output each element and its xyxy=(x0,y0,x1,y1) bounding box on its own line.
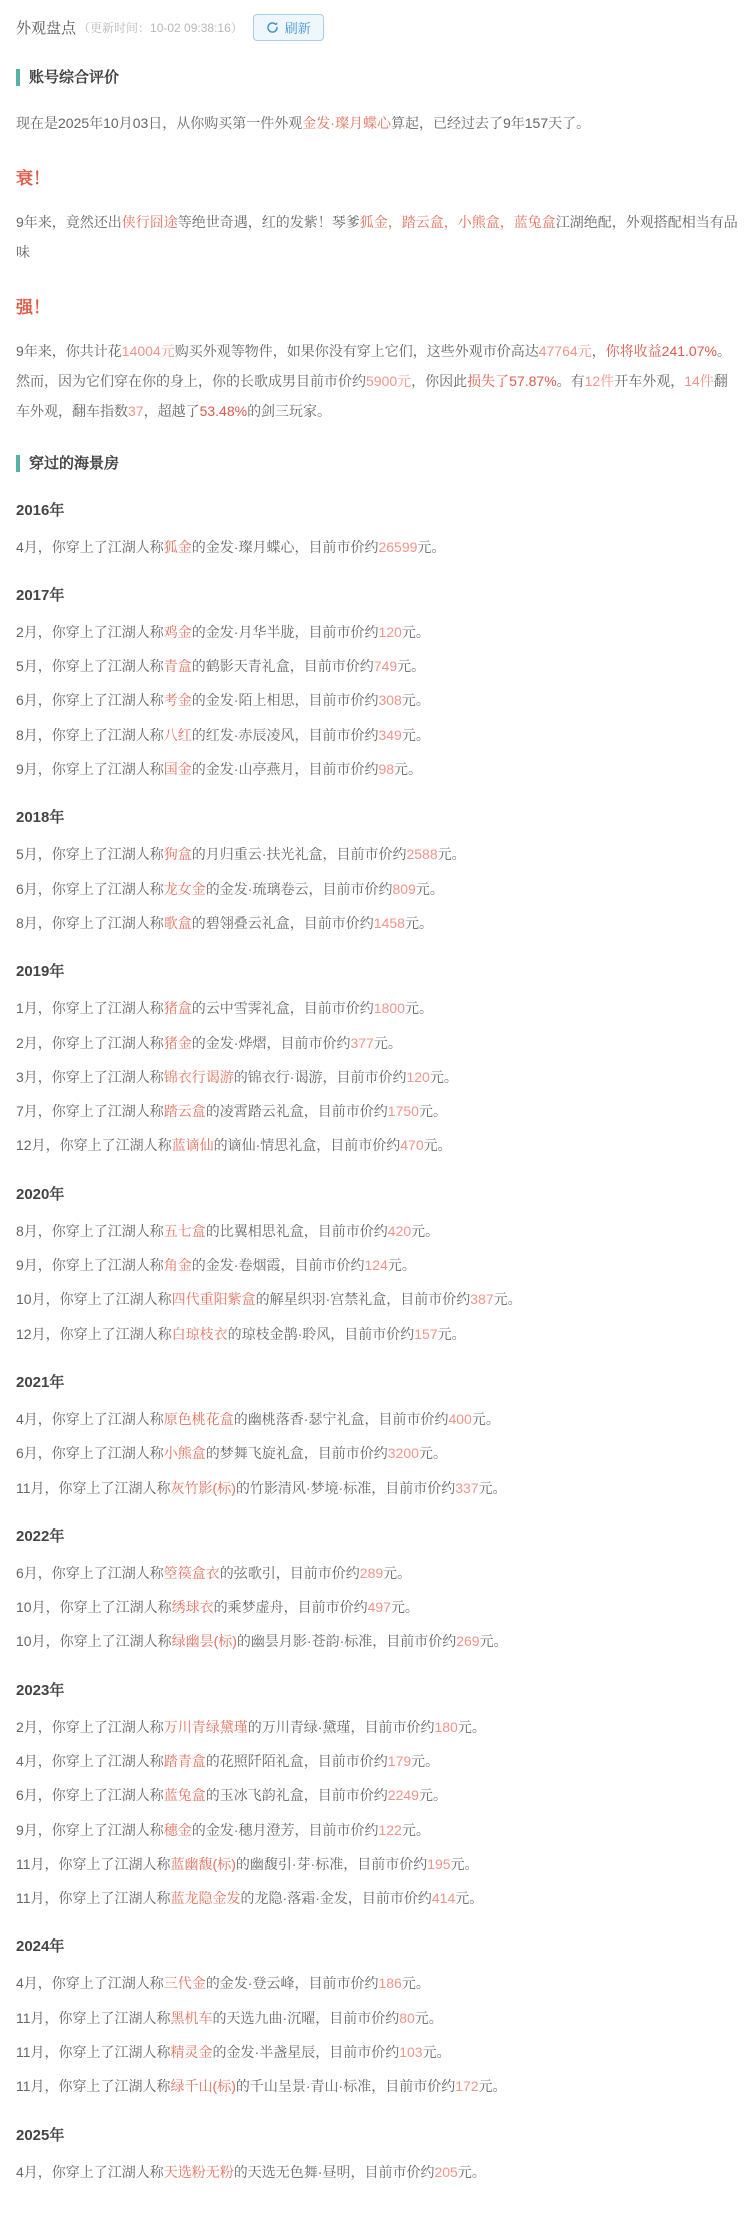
entry-item-name: 幽桃落香·瑟宁礼盒 xyxy=(248,1411,365,1427)
entry-text: ，目前市价约 xyxy=(316,1137,400,1153)
refresh-button[interactable]: 刷新 xyxy=(253,14,324,41)
entry-text: ，目前市价约 xyxy=(284,1599,368,1615)
entry-month: 6月 xyxy=(16,692,38,708)
entry-text: ，你穿上了江湖人称 xyxy=(45,2044,171,2060)
entry-text: 的 xyxy=(192,727,206,743)
entry-price: 2588 xyxy=(406,846,437,862)
entry-item-name: 金发·卷烟霞 xyxy=(206,1257,281,1273)
history-entry: 11月，你穿上了江湖人称蓝幽馥(标)的幽馥引·芽·标准，目前市价约195元。 xyxy=(16,1854,738,1874)
entry-text: 元。 xyxy=(383,1565,411,1581)
entry-price: 414 xyxy=(432,1890,455,1906)
entry-text: ，目前市价约 xyxy=(276,1565,360,1581)
entry-text: ，目前市价约 xyxy=(290,658,374,674)
history-entry: 6月，你穿上了江湖人称蓝兔盒的玉冰飞韵礼盒，目前市价约2249元。 xyxy=(16,1785,738,1805)
entry-month: 9月 xyxy=(16,1822,38,1838)
section-title-history: 穿过的海景房 xyxy=(16,455,738,472)
entry-text: ，你穿上了江湖人称 xyxy=(38,1565,164,1581)
highlight-num: 47764元 xyxy=(539,343,592,359)
entry-text: 的 xyxy=(256,1291,270,1307)
entry-nickname: 锦衣行谒游 xyxy=(164,1069,234,1085)
entry-month: 11月 xyxy=(16,2078,45,2094)
year-heading: 2020年 xyxy=(16,1183,738,1204)
entry-text: 元。 xyxy=(458,2164,486,2180)
history-entry: 12月，你穿上了江湖人称蓝谪仙的谪仙·情思礼盒，目前市价约470元。 xyxy=(16,1135,738,1155)
entry-nickname: 三代金 xyxy=(164,1975,206,1991)
entry-price: 749 xyxy=(374,658,397,674)
entry-text: 元。 xyxy=(451,1856,479,1872)
entry-text: ，目前市价约 xyxy=(322,1069,406,1085)
entry-item-name: 金发·月华半胧 xyxy=(206,624,295,640)
entry-item-name: 碧翎叠云礼盒 xyxy=(206,915,290,931)
history-entry: 2月，你穿上了江湖人称万川青绿黛瑾的万川青绿·黛瑾，目前市价约180元。 xyxy=(16,1717,738,1737)
entry-text: ，你穿上了江湖人称 xyxy=(38,1069,164,1085)
entry-nickname: 四代重阳紫盒 xyxy=(172,1291,256,1307)
entry-text: 元。 xyxy=(438,846,466,862)
entry-nickname: 考金 xyxy=(164,692,192,708)
history-entry: 10月，你穿上了江湖人称绿幽昙(标)的幽昙月影·苍韵·标准，目前市价约269元。 xyxy=(16,1631,738,1651)
entry-text: 的 xyxy=(206,1445,220,1461)
entry-text: 元。 xyxy=(388,1257,416,1273)
entry-text: ，目前市价约 xyxy=(330,1326,414,1342)
history-entry: 4月，你穿上了江湖人称三代金的金发·登云峰，目前市价约186元。 xyxy=(16,1973,738,1993)
entry-text: 的 xyxy=(206,1787,220,1803)
entry-text: ，你穿上了江湖人称 xyxy=(38,1753,164,1769)
entry-price: 497 xyxy=(368,1599,391,1615)
entry-text: ，目前市价约 xyxy=(348,1890,432,1906)
entry-text: 元。 xyxy=(411,1223,439,1239)
entry-text: 的 xyxy=(192,761,206,777)
text-segment: 。有 xyxy=(557,373,585,389)
entry-text: 的 xyxy=(236,1856,250,1872)
year-heading: 2016年 xyxy=(16,499,738,520)
refresh-icon xyxy=(266,21,279,34)
entry-text: ，目前市价约 xyxy=(315,2010,399,2026)
entry-item-name: 万川青绿·黛瑾 xyxy=(262,1719,351,1735)
entry-nickname: 灰竹影(标) xyxy=(171,1480,236,1496)
entry-text: 的 xyxy=(206,881,220,897)
entry-month: 2月 xyxy=(16,624,38,640)
entry-text: ，你穿上了江湖人称 xyxy=(38,1975,164,1991)
entry-text: ，目前市价约 xyxy=(266,1035,350,1051)
entry-month: 11月 xyxy=(16,2010,45,2026)
year-heading: 2022年 xyxy=(16,1525,738,1546)
highlight-nick: 金发·璨月蝶心 xyxy=(302,115,391,131)
entry-month: 10月 xyxy=(16,1291,46,1307)
history-entry: 9月，你穿上了江湖人称穗金的金发·穗月澄芳，目前市价约122元。 xyxy=(16,1820,738,1840)
entry-price: 172 xyxy=(455,2078,478,2094)
year-heading: 2021年 xyxy=(16,1371,738,1392)
entry-month: 8月 xyxy=(16,727,38,743)
history-entry: 12月，你穿上了江湖人称白琼枝衣的琼枝金鹊·聆风，目前市价约157元。 xyxy=(16,1324,738,1344)
entry-month: 4月 xyxy=(16,1753,38,1769)
text-segment: 9年来，你共计花 xyxy=(16,343,122,359)
entry-item-name: 弦歌引 xyxy=(234,1565,276,1581)
entry-item-name: 花照阡陌礼盒 xyxy=(220,1753,304,1769)
history-entry: 9月，你穿上了江湖人称国金的金发·山亭燕月，目前市价约98元。 xyxy=(16,759,738,779)
entry-nickname: 绿千山(标) xyxy=(171,2078,236,2094)
entry-text: 的 xyxy=(237,1633,251,1649)
entry-nickname: 精灵金 xyxy=(171,2044,213,2060)
entry-price: 80 xyxy=(399,2010,415,2026)
entry-item-name: 龙隐·落霜·金发 xyxy=(255,1890,348,1906)
entry-text: 元。 xyxy=(397,658,425,674)
entry-text: 元。 xyxy=(424,1137,452,1153)
entry-text: ，你穿上了江湖人称 xyxy=(45,2078,171,2094)
entry-text: ，目前市价约 xyxy=(294,1975,378,1991)
entry-text: 的 xyxy=(192,539,206,555)
entry-month: 8月 xyxy=(16,1223,38,1239)
entry-text: 元。 xyxy=(494,1291,522,1307)
entry-month: 12月 xyxy=(16,1326,46,1342)
entry-text: ，你穿上了江湖人称 xyxy=(38,624,164,640)
entry-text: 的 xyxy=(206,1223,220,1239)
entry-month: 5月 xyxy=(16,846,38,862)
history-entry: 4月，你穿上了江湖人称踏青盒的花照阡陌礼盒，目前市价约179元。 xyxy=(16,1751,738,1771)
entry-text: ，你穿上了江湖人称 xyxy=(38,915,164,931)
entry-nickname: 万川青绿黛瑾 xyxy=(164,1719,248,1735)
entry-nickname: 白琼枝衣 xyxy=(172,1326,228,1342)
entry-price: 120 xyxy=(378,624,401,640)
entry-text: ，你穿上了江湖人称 xyxy=(38,539,164,555)
entry-item-name: 金发·璨月蝶心 xyxy=(206,539,295,555)
entry-nickname: 猪金 xyxy=(164,1035,192,1051)
entry-text: 元。 xyxy=(374,1035,402,1051)
entry-price: 1750 xyxy=(388,1103,419,1119)
entry-text: ，你穿上了江湖人称 xyxy=(45,1480,171,1496)
entry-month: 4月 xyxy=(16,1975,38,1991)
entry-item-name: 凌霄踏云礼盒 xyxy=(220,1103,304,1119)
history-entry: 6月，你穿上了江湖人称考金的金发·陌上相思，目前市价约308元。 xyxy=(16,690,738,710)
entry-text: 元。 xyxy=(417,539,445,555)
entry-price: 122 xyxy=(378,1822,401,1838)
entry-item-name: 云中雪霁礼盒 xyxy=(206,1000,290,1016)
refresh-button-label: 刷新 xyxy=(285,18,311,37)
entry-text: ，目前市价约 xyxy=(372,1633,456,1649)
entry-nickname: 猪盒 xyxy=(164,1000,192,1016)
entry-item-name: 金发·琉璃卷云 xyxy=(220,881,309,897)
year-heading: 2025年 xyxy=(16,2124,738,2145)
entry-text: ，目前市价约 xyxy=(371,1480,455,1496)
entry-nickname: 蓝谪仙 xyxy=(172,1137,214,1153)
entry-text: 的 xyxy=(206,1103,220,1119)
entry-text: ，目前市价约 xyxy=(290,1000,374,1016)
highlight-nick: 狐金，踏云盒，小熊盒，蓝兔盒 xyxy=(360,214,556,230)
entry-nickname: 原色桃花盒 xyxy=(164,1411,234,1427)
history-entry: 8月，你穿上了江湖人称五七盒的比翼相思礼盒，目前市价约420元。 xyxy=(16,1221,738,1241)
entry-nickname: 穗金 xyxy=(164,1822,192,1838)
entry-text: 的 xyxy=(214,1599,228,1615)
entry-item-name: 天选九曲·沉曜 xyxy=(227,2010,316,2026)
entry-price: 420 xyxy=(388,1223,411,1239)
entry-month: 9月 xyxy=(16,1257,38,1273)
entry-text: ，你穿上了江湖人称 xyxy=(38,692,164,708)
entry-price: 179 xyxy=(388,1753,411,1769)
highlight-num: 14件 xyxy=(684,373,714,389)
entry-text: 元。 xyxy=(479,1480,507,1496)
summary-good-paragraph: 9年来，你共计花14004元购买外观等物件，如果你没有穿上它们，这些外观市价高达… xyxy=(16,336,738,426)
history-entry: 6月，你穿上了江湖人称小熊盒的梦舞飞旋礼盒，目前市价约3200元。 xyxy=(16,1443,738,1463)
entry-item-name: 幽馥引·芽·标准 xyxy=(250,1856,343,1872)
text-segment: 算起，已经过去了9年157天了。 xyxy=(391,115,590,131)
entry-month: 2月 xyxy=(16,1719,38,1735)
highlight-strong: 损失了57.87% xyxy=(467,373,556,389)
text-segment: 等绝世奇遇，红的发紫！琴爹 xyxy=(178,214,360,230)
entry-text: ，你穿上了江湖人称 xyxy=(38,1035,164,1051)
entry-text: ，你穿上了江湖人称 xyxy=(38,846,164,862)
entry-text: 的 xyxy=(192,1822,206,1838)
entry-nickname: 绣球衣 xyxy=(172,1599,214,1615)
entry-text: ，你穿上了江湖人称 xyxy=(38,1103,164,1119)
entry-nickname: 歌盒 xyxy=(164,915,192,931)
entry-text: ，目前市价约 xyxy=(350,1719,434,1735)
entry-text: 元。 xyxy=(423,2044,451,2060)
history-entry: 11月，你穿上了江湖人称蓝龙隐金发的龙隐·落霜·金发，目前市价约414元。 xyxy=(16,1888,738,1908)
entry-text: 元。 xyxy=(455,1890,483,1906)
entry-text: 的 xyxy=(236,1480,250,1496)
history-entry: 3月，你穿上了江湖人称锦衣行谒游的锦衣行·谒游，目前市价约120元。 xyxy=(16,1067,738,1087)
page-title: 外观盘点 xyxy=(16,17,76,38)
entry-text: ，你穿上了江湖人称 xyxy=(38,1445,164,1461)
entry-text: 的 xyxy=(192,1035,206,1051)
entry-item-name: 比翼相思礼盒 xyxy=(220,1223,304,1239)
entry-month: 10月 xyxy=(16,1599,46,1615)
entry-text: 的 xyxy=(228,1326,242,1342)
entry-price: 120 xyxy=(406,1069,429,1085)
entry-text: 元。 xyxy=(416,881,444,897)
entry-text: 元。 xyxy=(402,692,430,708)
highlight-strong: 53.48% xyxy=(200,403,247,419)
entry-text: 的 xyxy=(192,658,206,674)
entry-price: 2249 xyxy=(388,1787,419,1803)
entry-text: ，目前市价约 xyxy=(315,2044,399,2060)
year-heading: 2018年 xyxy=(16,806,738,827)
entry-nickname: 五七盒 xyxy=(164,1223,206,1239)
entry-price: 387 xyxy=(470,1291,493,1307)
entry-text: 元。 xyxy=(458,1719,486,1735)
entry-price: 269 xyxy=(456,1633,479,1649)
history-entry: 4月，你穿上了江湖人称天选粉无粉的天选无色舞·昼明，目前市价约205元。 xyxy=(16,2162,738,2182)
entry-item-name: 金发·陌上相思 xyxy=(206,692,295,708)
entry-nickname: 蓝兔盒 xyxy=(164,1787,206,1803)
entry-nickname: 蓝幽馥(标) xyxy=(171,1856,236,1872)
entry-text: 的 xyxy=(241,1890,255,1906)
entry-text: 的 xyxy=(234,2164,248,2180)
topbar: 外观盘点 （更新时间：10-02 09:38:16） 刷新 xyxy=(16,14,738,41)
year-heading: 2023年 xyxy=(16,1679,738,1700)
entry-price: 103 xyxy=(399,2044,422,2060)
entry-text: ，目前市价约 xyxy=(304,1223,388,1239)
entry-month: 11月 xyxy=(16,1856,45,1872)
entry-item-name: 解星织羽·宫禁礼盒 xyxy=(270,1291,387,1307)
history-entry: 7月，你穿上了江湖人称踏云盒的凌霄踏云礼盒，目前市价约1750元。 xyxy=(16,1101,738,1121)
entry-text: ，你穿上了江湖人称 xyxy=(38,1223,164,1239)
entry-price: 205 xyxy=(434,2164,457,2180)
entry-price: 1458 xyxy=(374,915,405,931)
entry-text: ，目前市价约 xyxy=(294,727,378,743)
entry-price: 400 xyxy=(448,1411,471,1427)
entry-text: 元。 xyxy=(419,1103,447,1119)
entry-text: 的 xyxy=(192,624,206,640)
entry-text: 元。 xyxy=(411,1753,439,1769)
text-segment: 9年来，竟然还出 xyxy=(16,214,122,230)
entry-text: 元。 xyxy=(479,2078,507,2094)
entry-item-name: 玉冰飞韵礼盒 xyxy=(220,1787,304,1803)
entry-text: ，你穿上了江湖人称 xyxy=(46,1291,172,1307)
entry-month: 11月 xyxy=(16,1480,45,1496)
summary-bad-paragraph: 9年来，竟然还出侠行囧途等绝世奇遇，红的发紫！琴爹狐金，踏云盒，小熊盒，蓝兔盒江… xyxy=(16,207,738,267)
entry-month: 4月 xyxy=(16,2164,38,2180)
entry-item-name: 琼枝金鹊·聆风 xyxy=(242,1326,331,1342)
entry-item-name: 天选无色舞·昼明 xyxy=(248,2164,351,2180)
entry-price: 26599 xyxy=(378,539,417,555)
entry-text: ，目前市价约 xyxy=(290,915,374,931)
history-years: 2016年4月，你穿上了江湖人称狐金的金发·璨月蝶心，目前市价约26599元。2… xyxy=(16,499,738,2182)
entry-text: 元。 xyxy=(391,1599,419,1615)
entry-nickname: 小熊盒 xyxy=(164,1445,206,1461)
entry-text: ，目前市价约 xyxy=(294,761,378,777)
entry-item-name: 千山呈景·青山·标准 xyxy=(250,2078,371,2094)
entry-text: ，目前市价约 xyxy=(294,539,378,555)
entry-text: ，你穿上了江湖人称 xyxy=(38,658,164,674)
entry-price: 1800 xyxy=(374,1000,405,1016)
entry-price: 157 xyxy=(414,1326,437,1342)
entry-text: ，你穿上了江湖人称 xyxy=(46,1633,172,1649)
entry-text: ，目前市价约 xyxy=(304,1103,388,1119)
summary-intro-paragraph: 现在是2025年10月03日，从你购买第一件外观金发·璨月蝶心算起，已经过去了9… xyxy=(16,108,738,138)
entry-month: 12月 xyxy=(16,1137,46,1153)
entry-text: ，目前市价约 xyxy=(304,1445,388,1461)
entry-nickname: 箜篌盒衣 xyxy=(164,1565,220,1581)
entry-nickname: 狐金 xyxy=(164,539,192,555)
entry-text: 元。 xyxy=(402,727,430,743)
history-entry: 2月，你穿上了江湖人称鸡金的金发·月华半胧，目前市价约120元。 xyxy=(16,622,738,642)
entry-text: 的 xyxy=(236,2078,250,2094)
bad-heading: 衰！ xyxy=(16,164,738,189)
entry-text: ，目前市价约 xyxy=(294,624,378,640)
entry-text: 元。 xyxy=(394,761,422,777)
entry-text: ，目前市价约 xyxy=(308,881,392,897)
entry-nickname: 鸡金 xyxy=(164,624,192,640)
entry-item-name: 金发·登云峰 xyxy=(220,1975,295,1991)
entry-month: 8月 xyxy=(16,915,38,931)
entry-text: ，目前市价约 xyxy=(371,2078,455,2094)
entry-item-name: 乘梦虚舟 xyxy=(228,1599,284,1615)
entry-price: 195 xyxy=(427,1856,450,1872)
entry-text: ，你穿上了江湖人称 xyxy=(38,1719,164,1735)
section-title-account-summary: 账号综合评价 xyxy=(16,69,738,86)
entry-price: 289 xyxy=(360,1565,383,1581)
history-entry: 11月，你穿上了江湖人称绿千山(标)的千山呈景·青山·标准，目前市价约172元。 xyxy=(16,2076,738,2096)
entry-text: 的 xyxy=(213,2010,227,2026)
entry-month: 11月 xyxy=(16,1890,45,1906)
entry-month: 5月 xyxy=(16,658,38,674)
entry-text: 元。 xyxy=(415,2010,443,2026)
entry-month: 1月 xyxy=(16,1000,38,1016)
entry-month: 6月 xyxy=(16,1565,38,1581)
text-segment: 现在是2025年10月03日，从你购买第一件外观 xyxy=(16,115,302,131)
entry-text: ，你穿上了江湖人称 xyxy=(38,1411,164,1427)
entry-text: 的 xyxy=(206,1975,220,1991)
entry-month: 11月 xyxy=(16,2044,45,2060)
entry-text: ，目前市价约 xyxy=(350,2164,434,2180)
entry-text: ，你穿上了江湖人称 xyxy=(45,2010,171,2026)
text-segment: ， xyxy=(592,343,606,359)
history-entry: 8月，你穿上了江湖人称歌盒的碧翎叠云礼盒，目前市价约1458元。 xyxy=(16,913,738,933)
entry-text: 元。 xyxy=(402,1822,430,1838)
entry-text: ，你穿上了江湖人称 xyxy=(38,2164,164,2180)
entry-price: 337 xyxy=(455,1480,478,1496)
history-entry: 4月，你穿上了江湖人称狐金的金发·璨月蝶心，目前市价约26599元。 xyxy=(16,537,738,557)
text-segment: ，超越了 xyxy=(144,403,200,419)
entry-text: ，目前市价约 xyxy=(322,846,406,862)
entry-text: ，你穿上了江湖人称 xyxy=(45,1856,171,1872)
entry-text: 元。 xyxy=(402,1975,430,1991)
entry-nickname: 狗盒 xyxy=(164,846,192,862)
entry-item-name: 谪仙·情思礼盒 xyxy=(228,1137,317,1153)
entry-text: ，你穿上了江湖人称 xyxy=(38,1787,164,1803)
history-entry: 6月，你穿上了江湖人称龙女金的金发·琉璃卷云，目前市价约809元。 xyxy=(16,879,738,899)
entry-nickname: 天选粉无粉 xyxy=(164,2164,234,2180)
text-segment: 开车外观， xyxy=(614,373,684,389)
entry-text: 的 xyxy=(234,1411,248,1427)
entry-price: 124 xyxy=(364,1257,387,1273)
entry-month: 4月 xyxy=(16,539,38,555)
entry-text: ，目前市价约 xyxy=(364,1411,448,1427)
entry-price: 180 xyxy=(434,1719,457,1735)
year-heading: 2017年 xyxy=(16,584,738,605)
history-entry: 1月，你穿上了江湖人称猪盒的云中雪霁礼盒，目前市价约1800元。 xyxy=(16,998,738,1018)
entry-text: ，目前市价约 xyxy=(294,692,378,708)
entry-text: ，你穿上了江湖人称 xyxy=(38,727,164,743)
entry-text: 的 xyxy=(192,915,206,931)
entry-month: 7月 xyxy=(16,1103,38,1119)
entry-nickname: 角金 xyxy=(164,1257,192,1273)
entry-text: 的 xyxy=(192,1257,206,1273)
entry-text: ，目前市价约 xyxy=(280,1257,364,1273)
entry-text: 的 xyxy=(213,2044,227,2060)
text-segment: ，你因此 xyxy=(411,373,467,389)
entry-month: 9月 xyxy=(16,761,38,777)
entry-text: 元。 xyxy=(419,1787,447,1803)
entry-price: 377 xyxy=(350,1035,373,1051)
entry-text: ，目前市价约 xyxy=(343,1856,427,1872)
entry-price: 809 xyxy=(392,881,415,897)
highlight-num: 12件 xyxy=(585,373,615,389)
entry-nickname: 龙女金 xyxy=(164,881,206,897)
history-entry: 4月，你穿上了江湖人称原色桃花盒的幽桃落香·瑟宁礼盒，目前市价约400元。 xyxy=(16,1409,738,1429)
entry-item-name: 金发·山亭燕月 xyxy=(206,761,295,777)
entry-nickname: 蓝龙隐金发 xyxy=(171,1890,241,1906)
entry-text: ，目前市价约 xyxy=(304,1787,388,1803)
entry-nickname: 踏云盒 xyxy=(164,1103,206,1119)
entry-item-name: 幽昙月影·苍韵·标准 xyxy=(251,1633,372,1649)
text-segment: 购买外观等物件，如果你没有穿上它们，这些外观市价高达 xyxy=(175,343,539,359)
entry-price: 3200 xyxy=(388,1445,419,1461)
entry-text: ，目前市价约 xyxy=(304,1753,388,1769)
history-entry: 10月，你穿上了江湖人称四代重阳紫盒的解星织羽·宫禁礼盒，目前市价约387元。 xyxy=(16,1289,738,1309)
entry-month: 3月 xyxy=(16,1069,38,1085)
entry-text: 元。 xyxy=(419,1445,447,1461)
entry-month: 10月 xyxy=(16,1633,46,1649)
entry-price: 186 xyxy=(378,1975,401,1991)
entry-text: ，目前市价约 xyxy=(294,1822,378,1838)
entry-nickname: 绿幽昙(标) xyxy=(172,1633,237,1649)
entry-nickname: 青盒 xyxy=(164,658,192,674)
entry-text: 的 xyxy=(206,1753,220,1769)
highlight-num: 37 xyxy=(128,403,144,419)
entry-text: ，你穿上了江湖人称 xyxy=(46,1599,172,1615)
entry-item-name: 梦舞飞旋礼盒 xyxy=(220,1445,304,1461)
